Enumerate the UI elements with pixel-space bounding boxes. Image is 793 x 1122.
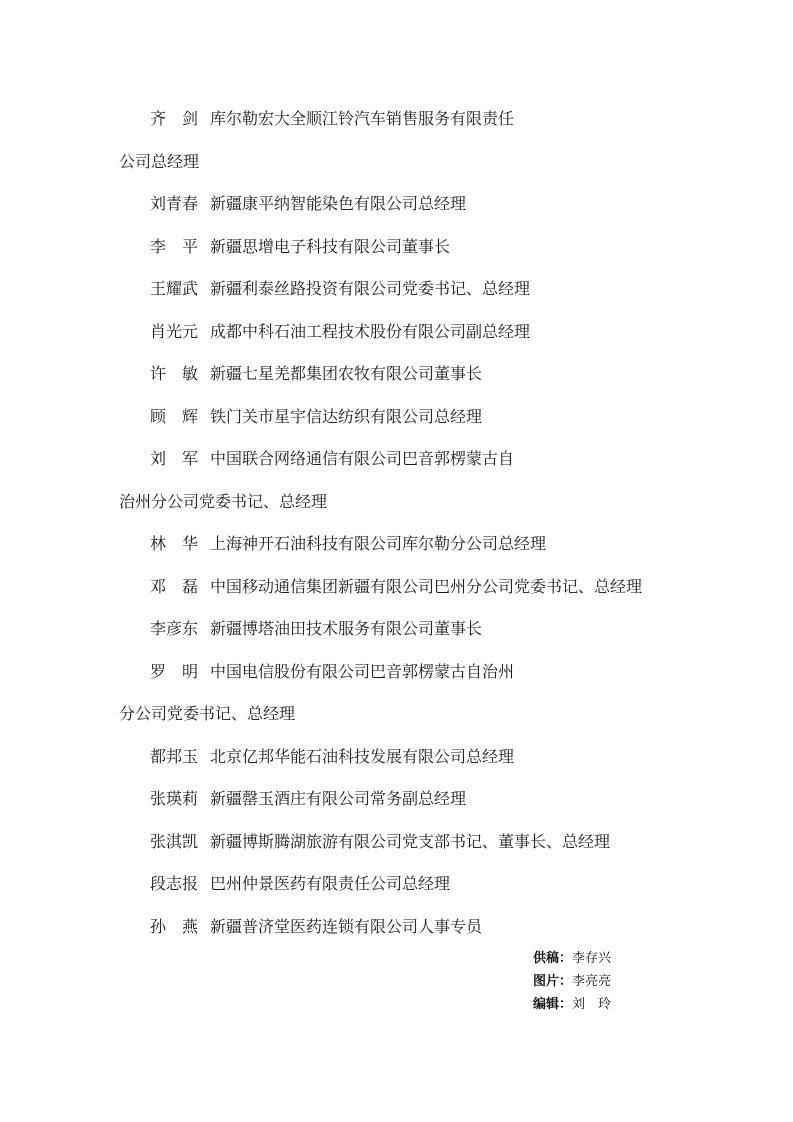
credits-block: 供稿：李存兴 图片：李亮亮 编辑：刘 玲 (533, 946, 611, 1015)
list-entry: 邓 磊中国移动通信集团新疆有限公司巴州分公司党委书记、总经理 (119, 567, 679, 610)
continuation-line: 公司总经理 (119, 142, 679, 185)
company-title: 中国电信股份有限公司巴音郭楞蒙古自治州 (210, 664, 514, 681)
list-entry: 顾 辉铁门关市星宇信达纺织有限公司总经理 (119, 397, 679, 440)
company-title: 新疆博斯腾湖旅游有限公司党支部书记、董事长、总经理 (210, 834, 610, 851)
person-name: 段志报 (150, 864, 198, 907)
company-title: 上海神开石油科技有限公司库尔勒分公司总经理 (210, 536, 546, 553)
person-name: 许 敏 (150, 354, 198, 397)
person-name: 罗 明 (150, 652, 198, 695)
company-title: 库尔勒宏大全顺江铃汽车销售服务有限责任 (210, 111, 514, 128)
list-entry: 段志报巴州仲景医药有限责任公司总经理 (119, 864, 679, 907)
list-entry: 张淇凯新疆博斯腾湖旅游有限公司党支部书记、董事长、总经理 (119, 822, 679, 865)
person-name: 孙 燕 (150, 907, 198, 950)
credit-name: 李亮亮 (572, 973, 611, 988)
list-entry: 罗 明中国电信股份有限公司巴音郭楞蒙古自治州 (119, 652, 679, 695)
credit-name: 李存兴 (572, 950, 611, 965)
list-entry: 许 敏新疆七星羌都集团农牧有限公司董事长 (119, 354, 679, 397)
company-title: 分公司党委书记、总经理 (119, 706, 295, 723)
credit-label: 供稿： (533, 950, 572, 965)
person-name: 都邦玉 (150, 737, 198, 780)
continuation-line: 分公司党委书记、总经理 (119, 694, 679, 737)
list-entry: 孙 燕新疆普济堂医药连锁有限公司人事专员 (119, 907, 679, 950)
credit-label: 图片： (533, 973, 572, 988)
company-title: 新疆罄玉酒庄有限公司常务副总经理 (210, 791, 466, 808)
person-name: 张淇凯 (150, 822, 198, 865)
list-entry: 张瑛莉新疆罄玉酒庄有限公司常务副总经理 (119, 779, 679, 822)
person-name: 林 华 (150, 524, 198, 567)
company-title: 中国移动通信集团新疆有限公司巴州分公司党委书记、总经理 (210, 579, 642, 596)
company-title: 新疆利泰丝路投资有限公司党委书记、总经理 (210, 281, 530, 298)
company-title: 中国联合网络通信有限公司巴音郭楞蒙古自 (210, 451, 514, 468)
continuation-line: 治州分公司党委书记、总经理 (119, 482, 679, 525)
company-title: 北京亿邦华能石油科技发展有限公司总经理 (210, 749, 514, 766)
person-name: 邓 磊 (150, 567, 198, 610)
company-title: 巴州仲景医药有限责任公司总经理 (210, 876, 450, 893)
name-list: 齐 剑库尔勒宏大全顺江铃汽车销售服务有限责任 公司总经理 刘青春新疆康平纳智能染… (119, 99, 679, 949)
person-name: 李彦东 (150, 609, 198, 652)
list-entry: 都邦玉北京亿邦华能石油科技发展有限公司总经理 (119, 737, 679, 780)
document-page: 齐 剑库尔勒宏大全顺江铃汽车销售服务有限责任 公司总经理 刘青春新疆康平纳智能染… (0, 0, 793, 1122)
credit-line-contributor: 供稿：李存兴 (533, 946, 611, 969)
person-name: 肖光元 (150, 312, 198, 355)
list-entry: 李 平新疆思增电子科技有限公司董事长 (119, 227, 679, 270)
person-name: 顾 辉 (150, 397, 198, 440)
company-title: 公司总经理 (119, 154, 199, 171)
list-entry: 王耀武新疆利泰丝路投资有限公司党委书记、总经理 (119, 269, 679, 312)
company-title: 新疆博塔油田技术服务有限公司董事长 (210, 621, 482, 638)
credit-label: 编辑： (533, 996, 572, 1011)
company-title: 新疆康平纳智能染色有限公司总经理 (210, 196, 466, 213)
credit-name: 刘 玲 (572, 996, 611, 1011)
company-title: 新疆思增电子科技有限公司董事长 (210, 239, 450, 256)
list-entry: 肖光元成都中科石油工程技术股份有限公司副总经理 (119, 312, 679, 355)
person-name: 刘 军 (150, 439, 198, 482)
company-title: 铁门关市星宇信达纺织有限公司总经理 (210, 409, 482, 426)
list-entry: 李彦东新疆博塔油田技术服务有限公司董事长 (119, 609, 679, 652)
company-title: 新疆普济堂医药连锁有限公司人事专员 (210, 919, 482, 936)
list-entry: 刘青春新疆康平纳智能染色有限公司总经理 (119, 184, 679, 227)
company-title: 成都中科石油工程技术股份有限公司副总经理 (210, 324, 530, 341)
person-name: 齐 剑 (150, 99, 198, 142)
company-title: 治州分公司党委书记、总经理 (119, 494, 327, 511)
list-entry: 齐 剑库尔勒宏大全顺江铃汽车销售服务有限责任 (119, 99, 679, 142)
list-entry: 林 华上海神开石油科技有限公司库尔勒分公司总经理 (119, 524, 679, 567)
person-name: 王耀武 (150, 269, 198, 312)
company-title: 新疆七星羌都集团农牧有限公司董事长 (210, 366, 482, 383)
person-name: 李 平 (150, 227, 198, 270)
credit-line-editor: 编辑：刘 玲 (533, 992, 611, 1015)
credit-line-photo: 图片：李亮亮 (533, 969, 611, 992)
person-name: 刘青春 (150, 184, 198, 227)
person-name: 张瑛莉 (150, 779, 198, 822)
list-entry: 刘 军中国联合网络通信有限公司巴音郭楞蒙古自 (119, 439, 679, 482)
